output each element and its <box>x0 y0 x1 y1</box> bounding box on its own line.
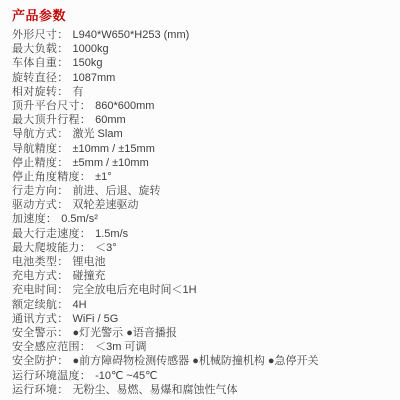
spec-label: 安全防护： <box>12 355 69 367</box>
spec-value: 860*600mm <box>95 100 154 112</box>
spec-value: 完全放电后充电时间＜1H <box>73 284 197 296</box>
spec-row: 导航精度：±10mm / ±15mm <box>12 142 392 156</box>
spec-label: 车体自重： <box>12 57 69 69</box>
spec-row: 导航方式：激光 Slam <box>12 127 392 141</box>
spec-row: 最大行走速度：1.5m/s <box>12 227 392 241</box>
spec-label: 安全警示： <box>12 327 69 339</box>
spec-value: ±10mm / ±15mm <box>73 143 155 155</box>
spec-row: 旋转直径：1087mm <box>12 71 392 85</box>
spec-row: 运行环境：无粉尘、易燃、易爆和腐蚀性气体 <box>12 383 392 397</box>
spec-row: 外形尺寸：L940*W650*H253 (mm) <box>12 28 392 42</box>
spec-row: 额定续航：4H <box>12 298 392 312</box>
spec-label: 外形尺寸： <box>12 29 69 41</box>
spec-row: 充电方式：碰撞充 <box>12 269 392 283</box>
spec-label: 导航方式： <box>12 128 69 140</box>
spec-value: 有 <box>73 86 84 98</box>
spec-list: 外形尺寸：L940*W650*H253 (mm)最大负载：1000kg车体自重：… <box>12 28 392 397</box>
spec-label: 最大顶升行程： <box>12 114 91 126</box>
spec-value: ●前方障碍物检测传感器 ●机械防撞机构 ●急停开关 <box>73 355 319 367</box>
spec-row: 最大顶升行程：60mm <box>12 113 392 127</box>
spec-value: 1087mm <box>73 72 116 84</box>
spec-label: 充电方式： <box>12 270 69 282</box>
spec-row: 通讯方式：WiFi / 5G <box>12 312 392 326</box>
spec-label: 顶升平台尺寸： <box>12 100 91 112</box>
spec-value: 150kg <box>73 57 103 69</box>
spec-value: 0.5m/s² <box>61 213 98 225</box>
spec-label: 加速度： <box>12 213 57 225</box>
spec-value: WiFi / 5G <box>73 313 119 325</box>
spec-label: 最大行走速度： <box>12 228 91 240</box>
spec-label: 停止角度精度： <box>12 171 91 183</box>
spec-row: 行走方向：前进、后退、旋转 <box>12 184 392 198</box>
spec-row: 停止精度：±5mm / ±10mm <box>12 156 392 170</box>
spec-row: 运行环境温度：-10℃ ~45℃ <box>12 369 392 383</box>
spec-row: 加速度：0.5m/s² <box>12 212 392 226</box>
page-title: 产品参数 <box>12 7 392 24</box>
spec-label: 行走方向： <box>12 185 69 197</box>
spec-value: 无粉尘、易燃、易爆和腐蚀性气体 <box>73 384 238 396</box>
spec-label: 驱动方式： <box>12 199 69 211</box>
spec-row: 充电时间：完全放电后充电时间＜1H <box>12 283 392 297</box>
spec-value: 锂电池 <box>73 256 106 268</box>
spec-label: 安全感应范围： <box>12 341 91 353</box>
spec-label: 通讯方式： <box>12 313 69 325</box>
spec-value: 60mm <box>95 114 126 126</box>
spec-label: 停止精度： <box>12 157 69 169</box>
spec-value: ＜3m 可调 <box>95 341 146 353</box>
spec-label: 最大爬坡能力： <box>12 242 91 254</box>
spec-value: L940*W650*H253 (mm) <box>73 29 190 41</box>
spec-row: 安全感应范围：＜3m 可调 <box>12 340 392 354</box>
spec-row: 安全防护：●前方障碍物检测传感器 ●机械防撞机构 ●急停开关 <box>12 354 392 368</box>
spec-value: 1000kg <box>73 43 109 55</box>
spec-row: 停止角度精度：±1° <box>12 170 392 184</box>
spec-row: 最大负载：1000kg <box>12 42 392 56</box>
spec-row: 车体自重：150kg <box>12 56 392 70</box>
spec-value: 碰撞充 <box>73 270 106 282</box>
spec-value: ±5mm / ±10mm <box>73 157 149 169</box>
spec-value: 激光 Slam <box>73 128 123 140</box>
spec-sheet: 产品参数 外形尺寸：L940*W650*H253 (mm)最大负载：1000kg… <box>0 0 400 400</box>
spec-row: 顶升平台尺寸：860*600mm <box>12 99 392 113</box>
spec-label: 相对旋转： <box>12 86 69 98</box>
spec-row: 电池类型：锂电池 <box>12 255 392 269</box>
spec-value: 双轮差速驱动 <box>73 199 139 211</box>
spec-value: 1.5m/s <box>95 228 128 240</box>
spec-label: 电池类型： <box>12 256 69 268</box>
spec-value: ±1° <box>95 171 112 183</box>
spec-value: ＜3° <box>95 242 117 254</box>
spec-label: 运行环境温度： <box>12 370 91 382</box>
spec-label: 最大负载： <box>12 43 69 55</box>
spec-label: 导航精度： <box>12 143 69 155</box>
spec-value: ●灯光警示 ●语音播报 <box>73 327 177 339</box>
spec-value: -10℃ ~45℃ <box>95 370 157 382</box>
spec-value: 4H <box>73 299 87 311</box>
spec-label: 旋转直径： <box>12 72 69 84</box>
spec-row: 驱动方式：双轮差速驱动 <box>12 198 392 212</box>
spec-label: 充电时间： <box>12 284 69 296</box>
spec-row: 安全警示：●灯光警示 ●语音播报 <box>12 326 392 340</box>
spec-row: 相对旋转：有 <box>12 85 392 99</box>
spec-label: 运行环境： <box>12 384 69 396</box>
spec-label: 额定续航： <box>12 299 69 311</box>
spec-value: 前进、后退、旋转 <box>73 185 161 197</box>
spec-row: 最大爬坡能力：＜3° <box>12 241 392 255</box>
